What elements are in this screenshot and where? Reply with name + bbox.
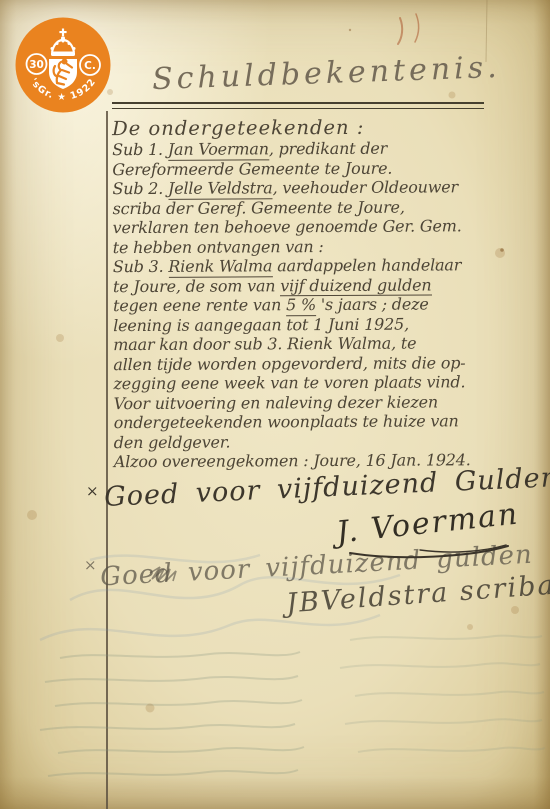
bleed-through-marks-right [340,636,545,752]
signature-flourish [350,545,508,557]
paper-marks-overlay [0,0,550,809]
bleed-through-marks [40,652,304,776]
scratch-marks [398,14,419,44]
foxing-spots [27,29,519,713]
crease-line [486,0,487,62]
document-page: 30 C. 'sGr. ★ 1922 Schuldbekentenis. De … [0,0,550,809]
scribble-mark [150,567,176,581]
bleed-through-blue [40,555,400,640]
